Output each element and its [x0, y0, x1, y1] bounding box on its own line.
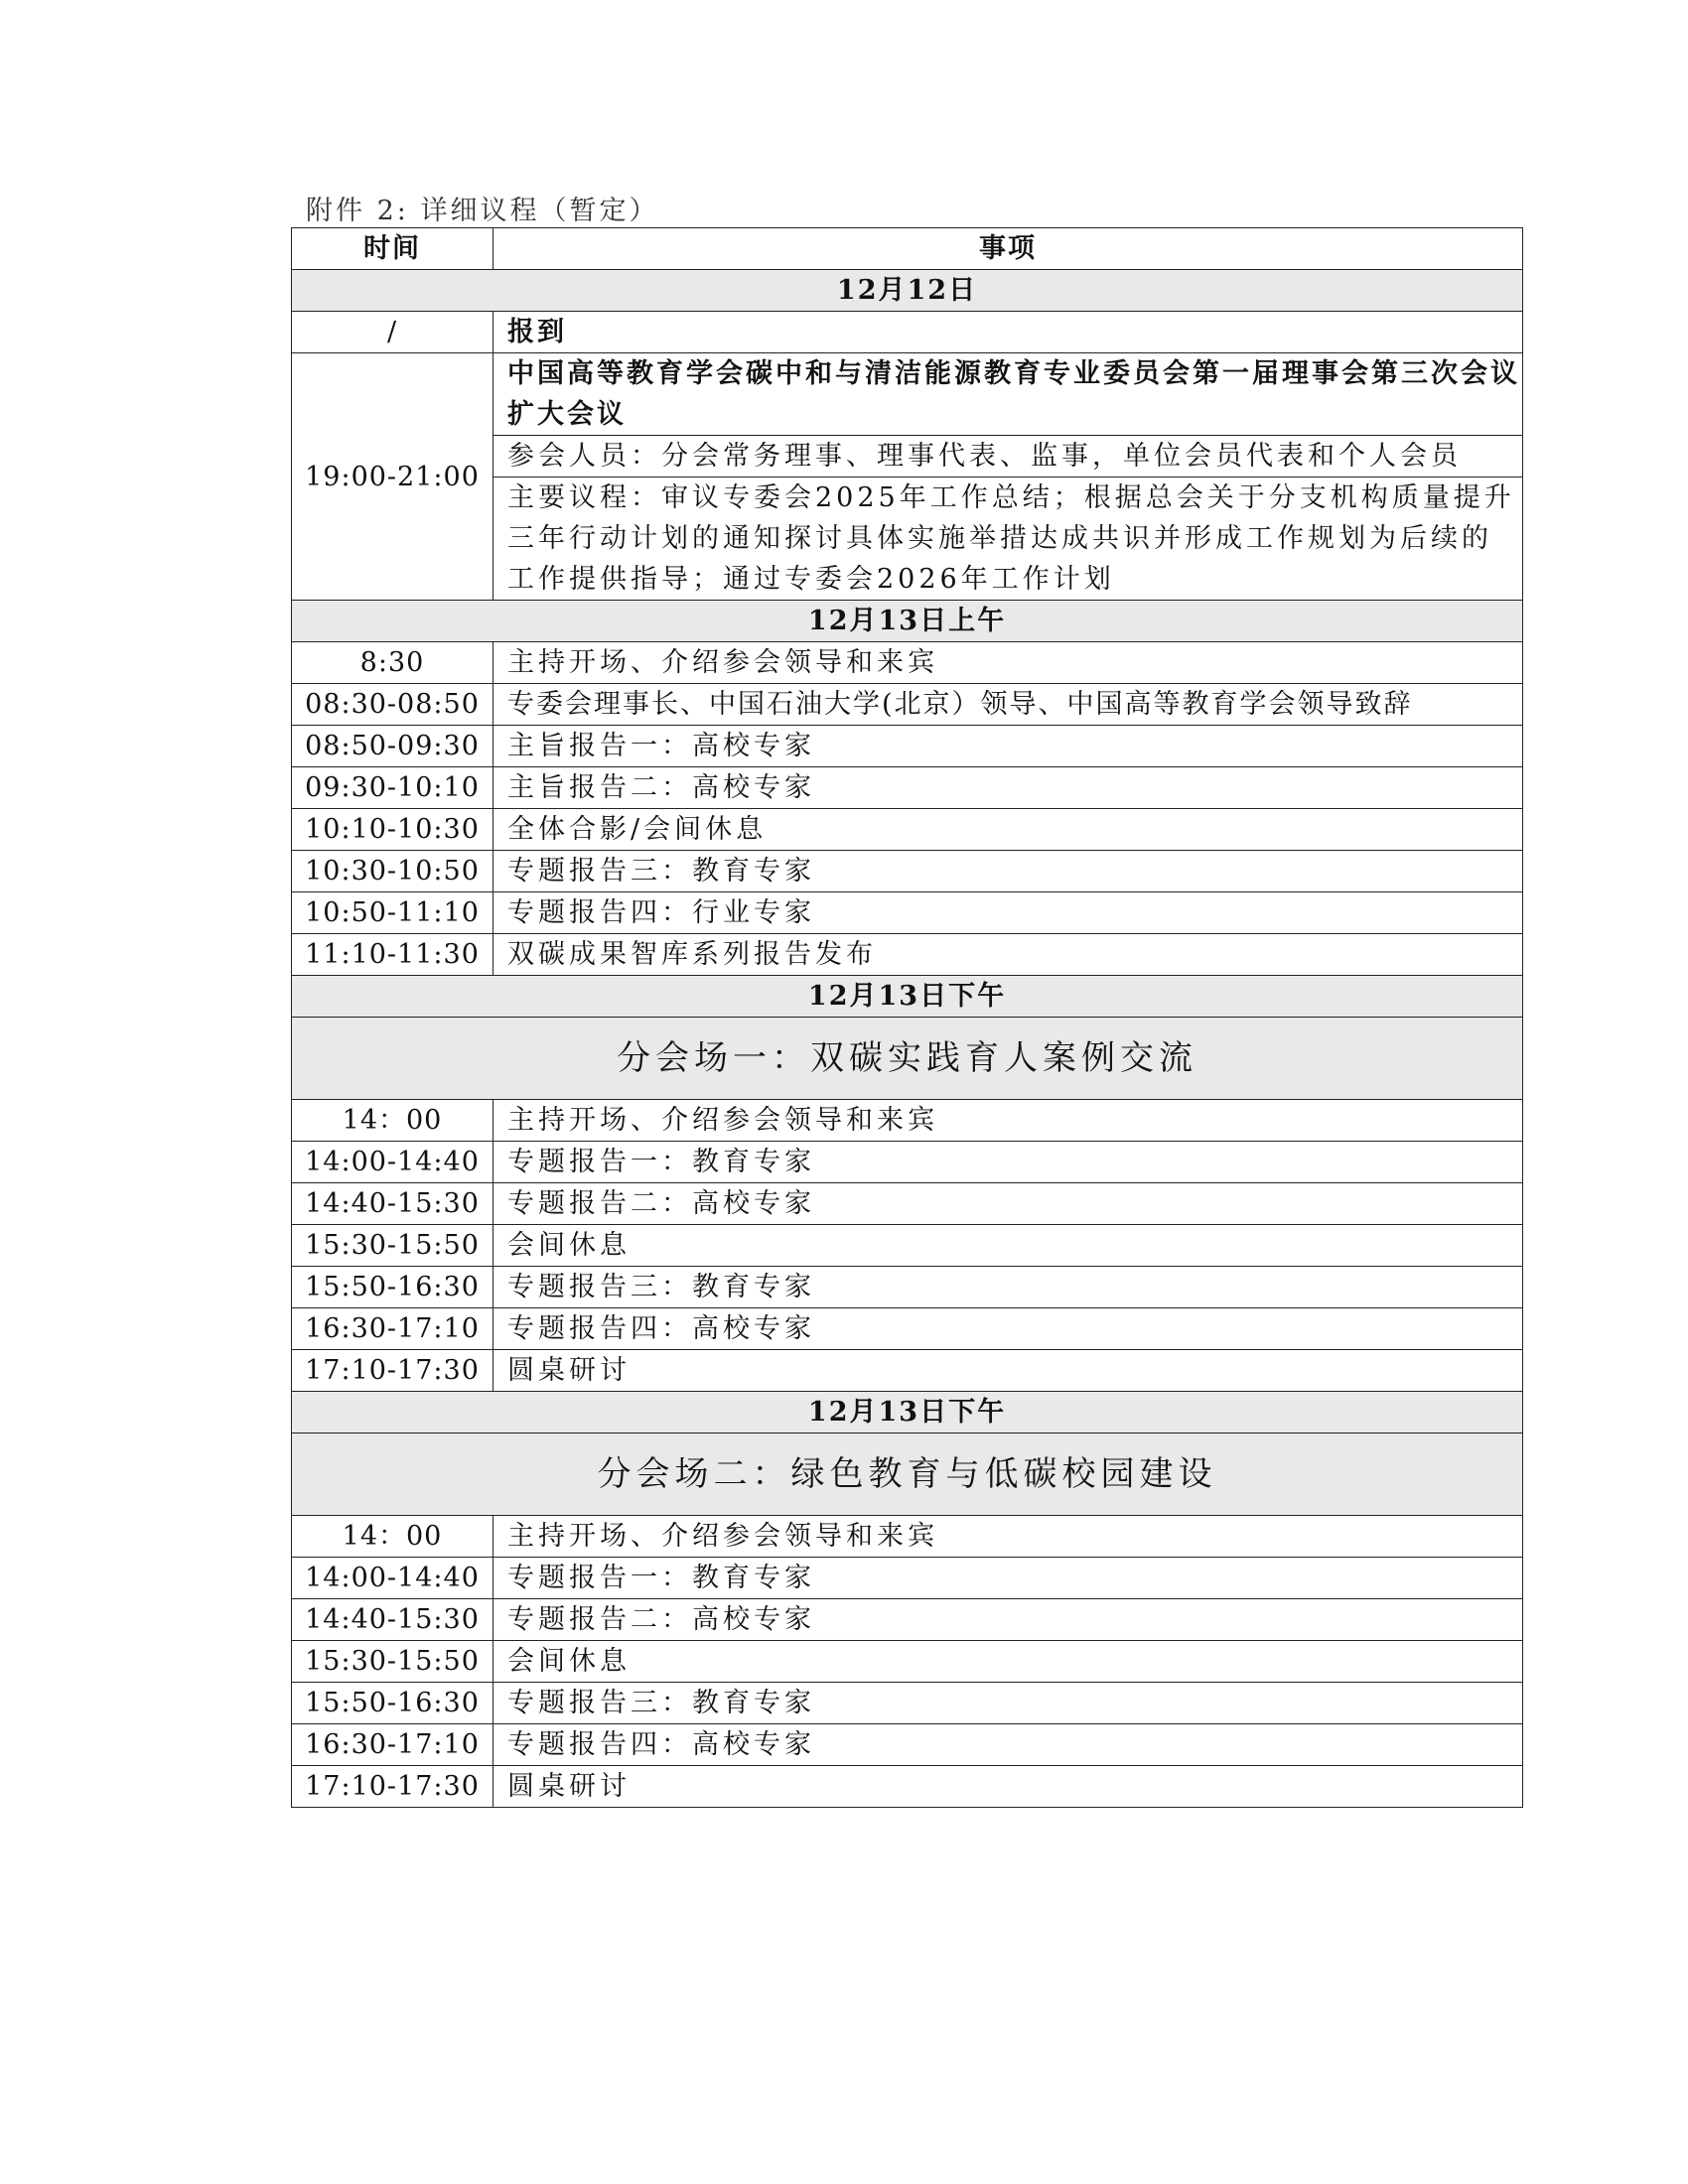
table-row: 09:30-10:10主旨报告二：高校专家 — [292, 767, 1523, 809]
time-cell: 14:00-14:40 — [292, 1142, 493, 1183]
item-cell: 主持开场、介绍参会领导和来宾 — [493, 1100, 1523, 1142]
item-cell: 专题报告四：行业专家 — [493, 892, 1523, 934]
table-row: 11:10-11:30双碳成果智库系列报告发布 — [292, 934, 1523, 976]
time-cell: 08:50-09:30 — [292, 726, 493, 767]
session-row: 分会场一：双碳实践育人案例交流 — [292, 1018, 1523, 1100]
date-header-dec13-morning: 12月13日上午 — [292, 601, 1523, 642]
time-cell: 14:40-15:30 — [292, 1599, 493, 1641]
table-row: 14：00主持开场、介绍参会领导和来宾 — [292, 1100, 1523, 1142]
time-cell: 15:50-16:30 — [292, 1267, 493, 1308]
table-row: 17:10-17:30圆桌研讨 — [292, 1350, 1523, 1392]
time-cell: 15:30-15:50 — [292, 1641, 493, 1683]
table-row: 08:50-09:30主旨报告一：高校专家 — [292, 726, 1523, 767]
time-cell: / — [292, 312, 493, 353]
date-header-dec13-afternoon-1: 12月13日下午 — [292, 976, 1523, 1018]
time-cell: 11:10-11:30 — [292, 934, 493, 976]
session-title-1: 分会场一：双碳实践育人案例交流 — [292, 1018, 1523, 1100]
header-item: 事项 — [493, 228, 1523, 270]
item-cell: 全体合影/会间休息 — [493, 809, 1523, 851]
time-cell: 10:10-10:30 — [292, 809, 493, 851]
table-row: 14：00主持开场、介绍参会领导和来宾 — [292, 1516, 1523, 1558]
item-cell: 双碳成果智库系列报告发布 — [493, 934, 1523, 976]
time-cell: 16:30-17:10 — [292, 1724, 493, 1766]
time-cell: 8:30 — [292, 642, 493, 684]
time-cell: 09:30-10:10 — [292, 767, 493, 809]
time-cell: 14：00 — [292, 1516, 493, 1558]
table-row: 14:40-15:30专题报告二：高校专家 — [292, 1599, 1523, 1641]
time-cell: 10:50-11:10 — [292, 892, 493, 934]
agenda-table: 时间 事项 12月12日 / 报到 19:00-21:00 中国高等教育学会碳中… — [291, 227, 1523, 1808]
date-row: 12月13日下午 — [292, 976, 1523, 1018]
time-cell: 10:30-10:50 — [292, 851, 493, 892]
meeting-agenda: 主要议程：审议专委会2025年工作总结；根据总会关于分支机构质量提升三年行动计划… — [493, 478, 1523, 601]
date-row: 12月12日 — [292, 270, 1523, 312]
time-cell: 17:10-17:30 — [292, 1766, 493, 1808]
time-cell: 08:30-08:50 — [292, 684, 493, 726]
date-row: 12月13日下午 — [292, 1392, 1523, 1433]
time-cell: 16:30-17:10 — [292, 1308, 493, 1350]
item-cell: 会间休息 — [493, 1641, 1523, 1683]
item-cell: 报到 — [493, 312, 1523, 353]
session-row: 分会场二：绿色教育与低碳校园建设 — [292, 1433, 1523, 1516]
table-row: 19:00-21:00 中国高等教育学会碳中和与清洁能源教育专业委员会第一届理事… — [292, 353, 1523, 436]
date-header-dec13-afternoon-2: 12月13日下午 — [292, 1392, 1523, 1433]
item-cell: 主持开场、介绍参会领导和来宾 — [493, 1516, 1523, 1558]
table-row: 10:50-11:10专题报告四：行业专家 — [292, 892, 1523, 934]
time-cell: 15:30-15:50 — [292, 1225, 493, 1267]
document-title: 附件 2: 详细议程（暂定） — [306, 189, 658, 227]
table-row: 8:30主持开场、介绍参会领导和来宾 — [292, 642, 1523, 684]
table-row: 10:30-10:50专题报告三：教育专家 — [292, 851, 1523, 892]
table-row: 16:30-17:10专题报告四：高校专家 — [292, 1308, 1523, 1350]
item-cell: 专题报告三：教育专家 — [493, 851, 1523, 892]
meeting-attendees: 参会人员：分会常务理事、理事代表、监事，单位会员代表和个人会员 — [493, 436, 1523, 478]
time-cell: 17:10-17:30 — [292, 1350, 493, 1392]
table-row: / 报到 — [292, 312, 1523, 353]
table-row: 15:50-16:30专题报告三：教育专家 — [292, 1683, 1523, 1724]
table-row: 14:00-14:40专题报告一：教育专家 — [292, 1558, 1523, 1599]
date-header-dec12: 12月12日 — [292, 270, 1523, 312]
item-cell: 专题报告四：高校专家 — [493, 1724, 1523, 1766]
item-cell: 主持开场、介绍参会领导和来宾 — [493, 642, 1523, 684]
time-cell: 15:50-16:30 — [292, 1683, 493, 1724]
table-row: 10:10-10:30全体合影/会间休息 — [292, 809, 1523, 851]
time-cell: 14:00-14:40 — [292, 1558, 493, 1599]
table-row: 14:00-14:40专题报告一：教育专家 — [292, 1142, 1523, 1183]
meeting-title: 中国高等教育学会碳中和与清洁能源教育专业委员会第一届理事会第三次会议扩大会议 — [493, 353, 1523, 436]
table-row: 08:30-08:50专委会理事长、中国石油大学(北京）领导、中国高等教育学会领… — [292, 684, 1523, 726]
table-row: 14:40-15:30专题报告二：高校专家 — [292, 1183, 1523, 1225]
item-cell: 圆桌研讨 — [493, 1766, 1523, 1808]
table-row: 15:30-15:50会间休息 — [292, 1225, 1523, 1267]
table-row: 15:30-15:50会间休息 — [292, 1641, 1523, 1683]
item-cell: 专题报告三：教育专家 — [493, 1267, 1523, 1308]
item-cell: 专题报告三：教育专家 — [493, 1683, 1523, 1724]
time-cell: 14:40-15:30 — [292, 1183, 493, 1225]
item-cell: 专题报告一：教育专家 — [493, 1142, 1523, 1183]
item-cell: 专题报告一：教育专家 — [493, 1558, 1523, 1599]
item-cell: 专题报告四：高校专家 — [493, 1308, 1523, 1350]
time-cell: 19:00-21:00 — [292, 353, 493, 601]
header-time: 时间 — [292, 228, 493, 270]
item-cell: 会间休息 — [493, 1225, 1523, 1267]
item-cell: 专题报告二：高校专家 — [493, 1599, 1523, 1641]
table-row: 16:30-17:10专题报告四：高校专家 — [292, 1724, 1523, 1766]
table-row: 15:50-16:30专题报告三：教育专家 — [292, 1267, 1523, 1308]
item-cell: 主旨报告二：高校专家 — [493, 767, 1523, 809]
date-row: 12月13日上午 — [292, 601, 1523, 642]
session-title-2: 分会场二：绿色教育与低碳校园建设 — [292, 1433, 1523, 1516]
item-cell: 主旨报告一：高校专家 — [493, 726, 1523, 767]
table-header-row: 时间 事项 — [292, 228, 1523, 270]
time-cell: 14：00 — [292, 1100, 493, 1142]
item-cell: 专题报告二：高校专家 — [493, 1183, 1523, 1225]
table-row: 17:10-17:30圆桌研讨 — [292, 1766, 1523, 1808]
item-cell: 圆桌研讨 — [493, 1350, 1523, 1392]
item-cell: 专委会理事长、中国石油大学(北京）领导、中国高等教育学会领导致辞 — [493, 684, 1523, 726]
